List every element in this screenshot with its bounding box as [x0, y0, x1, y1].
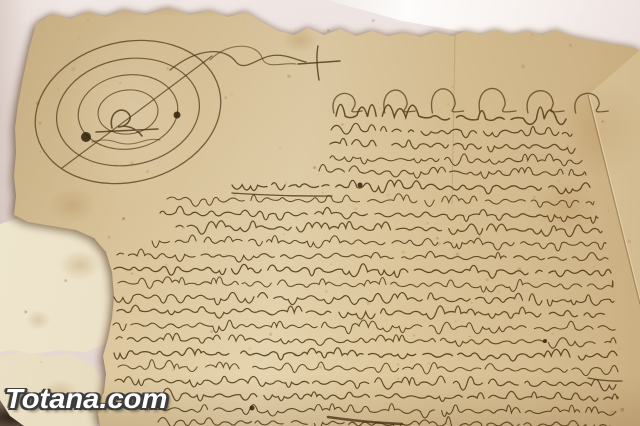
signature-flourish	[20, 21, 306, 202]
fold-crease	[452, 35, 640, 305]
watermark-totana: Totana.com	[5, 383, 167, 415]
manuscript-photo: Totana.com	[0, 0, 640, 426]
handwriting-lines	[113, 105, 618, 426]
ink-blots	[81, 112, 547, 411]
handwriting-ink	[0, 0, 640, 426]
cross-mark	[298, 46, 340, 80]
